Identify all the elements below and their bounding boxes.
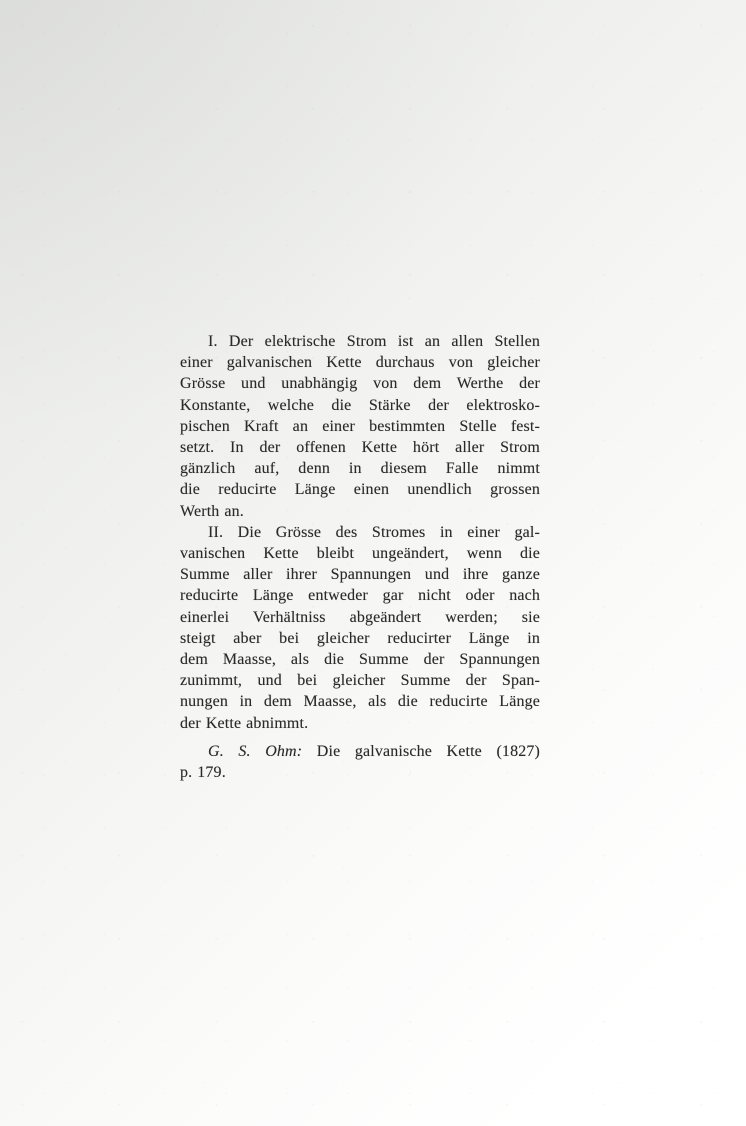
text-line: zunimmt, und bei gleicher Summe der Span… [180,670,540,691]
text-block: I. Der elektrische Strom ist an allen St… [180,331,540,783]
text-line: Werth an. [180,501,540,522]
text-line: steigt aber bei gleicher reducirter Läng… [180,628,540,649]
paragraph-1: I. Der elektrische Strom ist an allen St… [180,331,540,522]
citation-title: Die galvanische Kette (1827) [317,743,540,760]
text-line: gänzlich auf, denn in diesem Falle nimmt [180,458,540,479]
citation-author: G. S. Ohm: [208,743,302,760]
scanned-book-page: I. Der elektrische Strom ist an allen St… [0,0,746,1126]
text-line: nungen in dem Maasse, als die reducirte … [180,691,540,712]
text-line: II. Die Grösse des Stromes in einer gal- [180,522,540,543]
text-line: die reducirte Länge einen unendlich gros… [180,479,540,500]
text-line: Konstante, welche die Stärke der elektro… [180,395,540,416]
text-line: einer galvanischen Kette durchaus von gl… [180,352,540,373]
citation-page-ref: p. 179. [180,762,540,783]
text-line: dem Maasse, als die Summe der Spannungen [180,649,540,670]
text-line: Grösse und unabhängig von dem Werthe der [180,373,540,394]
text-line: der Kette abnimmt. [180,713,540,734]
text-line: Summe aller ihrer Spannungen und ihre ga… [180,564,540,585]
text-line: vanischen Kette bleibt ungeändert, wenn … [180,543,540,564]
text-line: einerlei Verhältniss abgeändert werden; … [180,607,540,628]
paragraph-2: II. Die Grösse des Stromes in einer gal-… [180,522,540,734]
text-line: reducirte Länge entweder gar nicht oder … [180,585,540,606]
text-line: I. Der elektrische Strom ist an allen St… [180,331,540,352]
text-line: setzt. In der offenen Kette hört aller S… [180,437,540,458]
text-line: pischen Kraft an einer bestimmten Stelle… [180,416,540,437]
citation-line: G. S. Ohm: Die galvanische Kette (1827) [180,741,540,762]
citation: G. S. Ohm: Die galvanische Kette (1827) … [180,741,540,783]
